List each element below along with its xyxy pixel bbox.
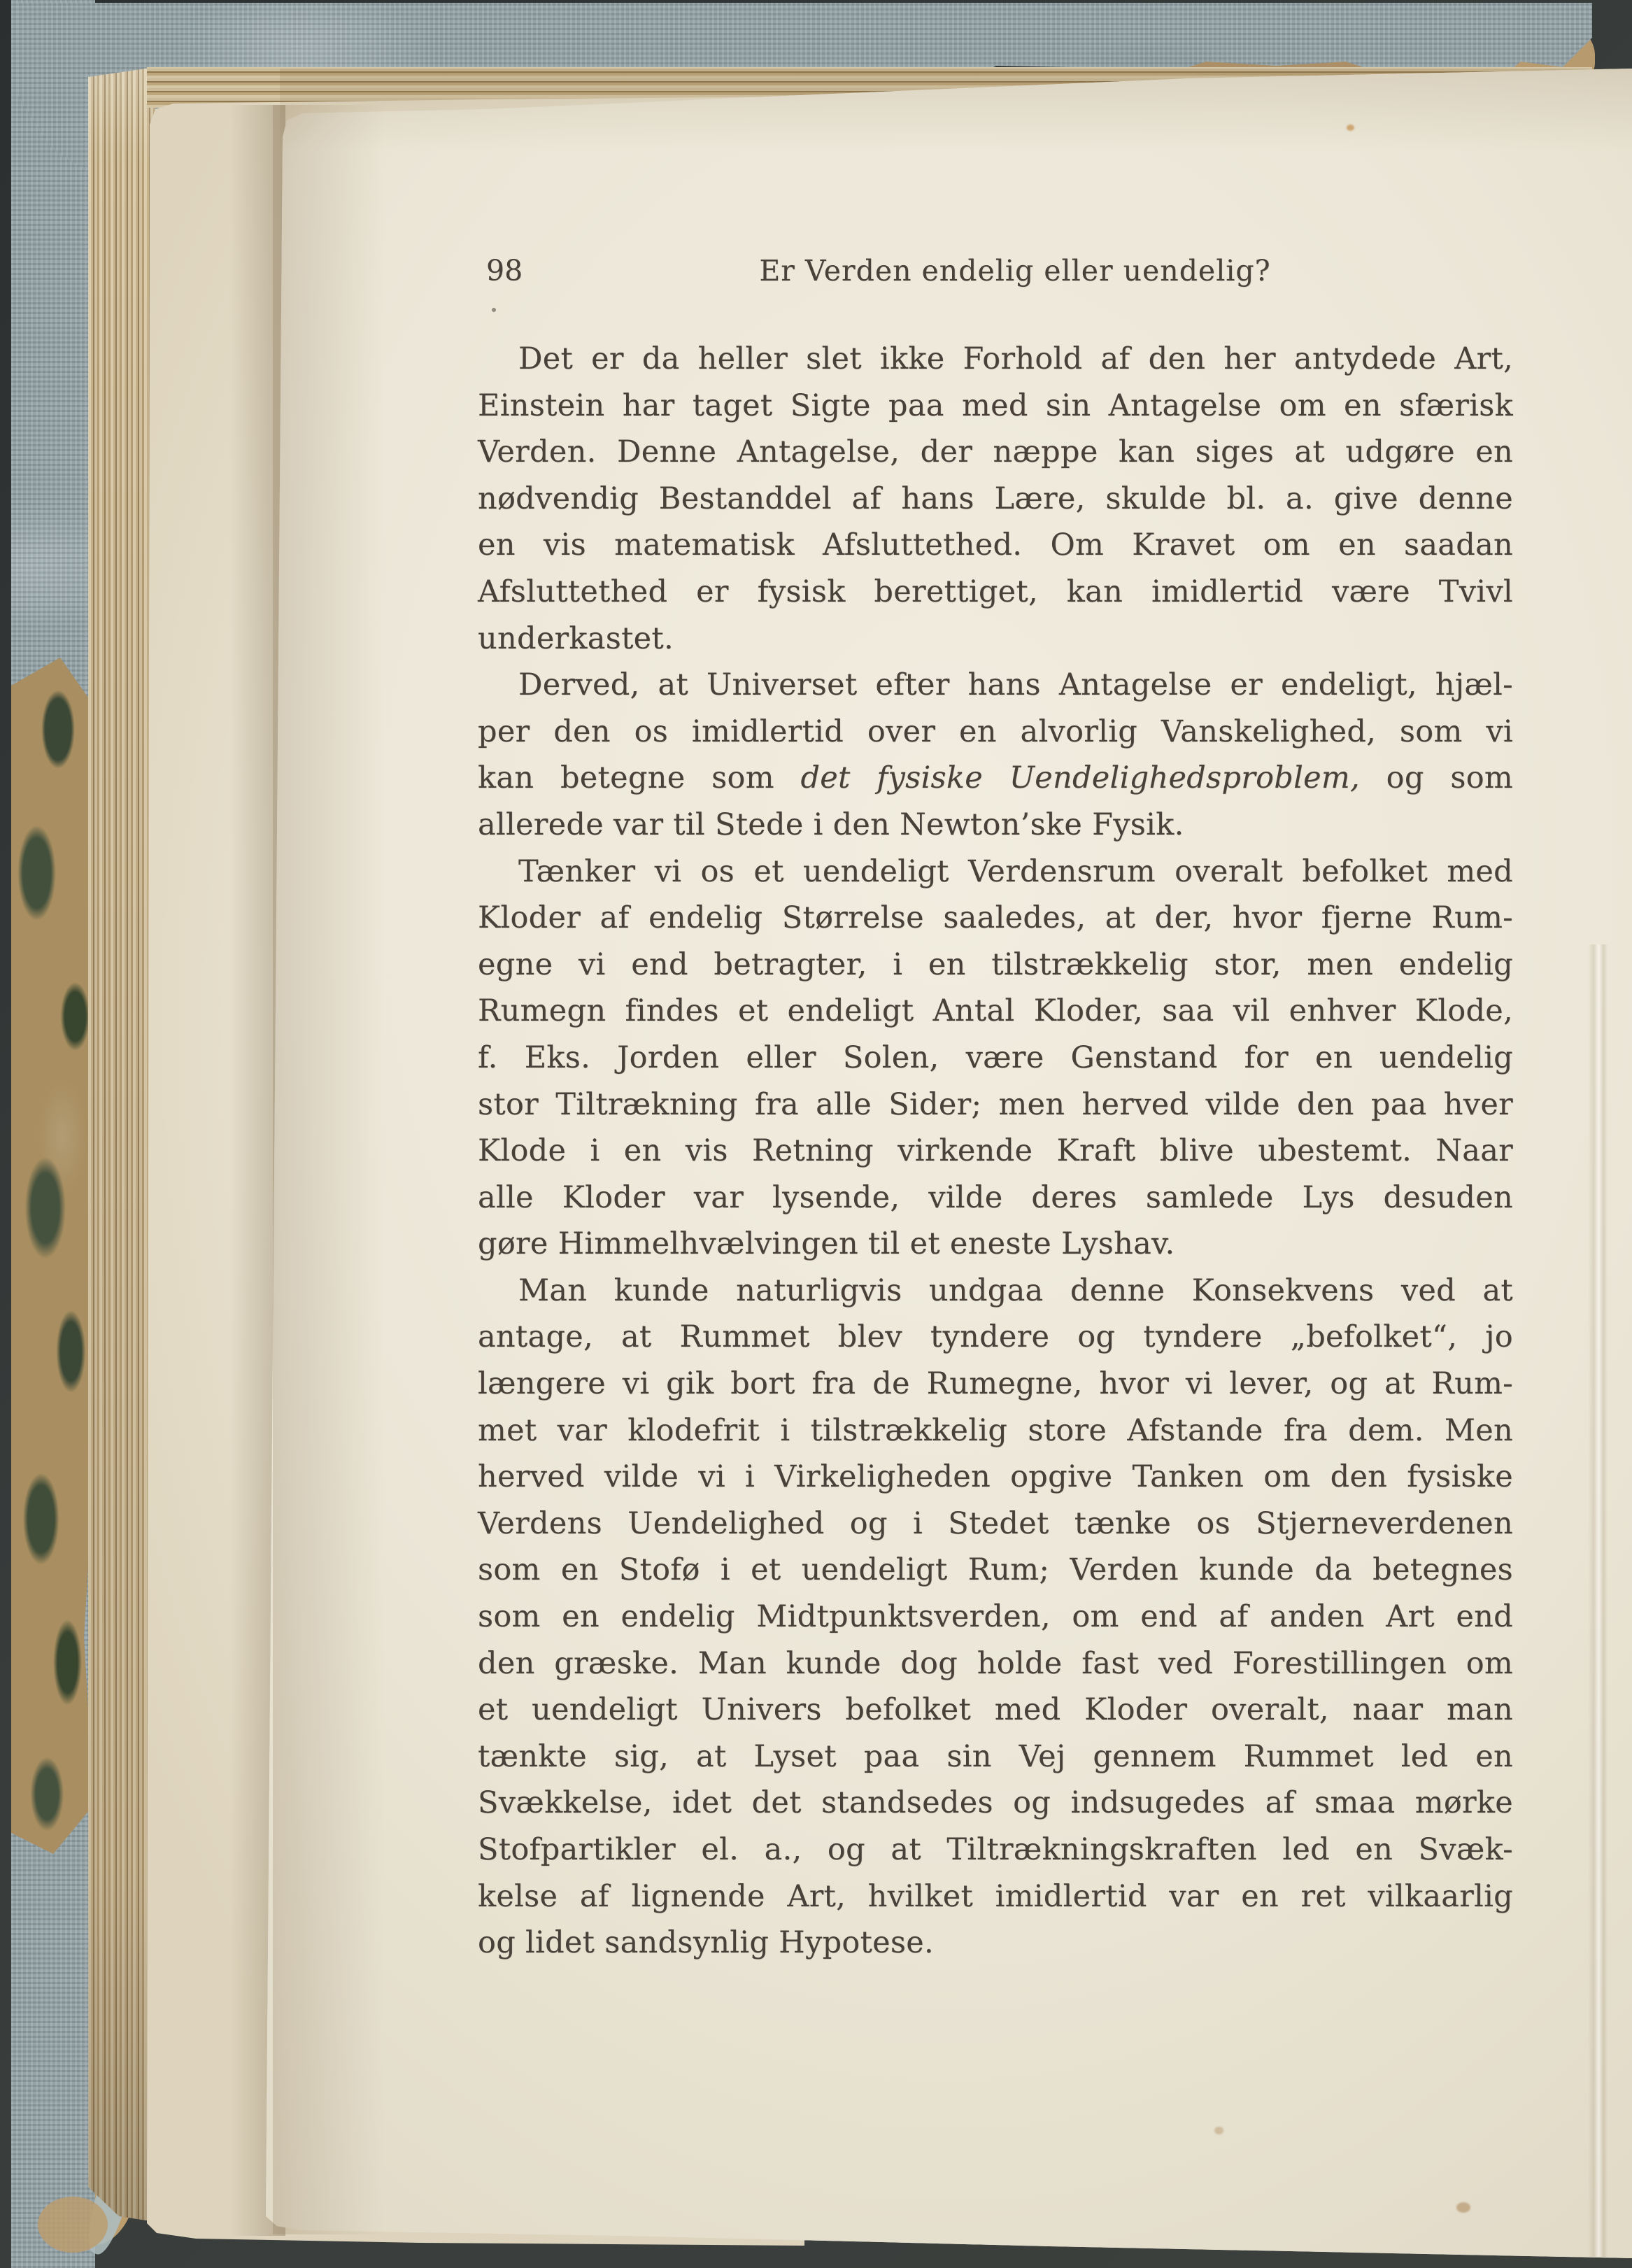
page-number: 98	[486, 246, 523, 295]
page-gutter-shadow	[273, 105, 385, 2234]
italic-text-segment: det fysiske Uendelighedsproblem,	[800, 760, 1360, 795]
page-top-shadow	[280, 69, 1632, 153]
page-edge-ridge	[1588, 944, 1608, 2257]
text-line: kelse af lignende Art, hvilket imidlerti…	[478, 1873, 1513, 1920]
text-line: som en endelig Midtpunktsverden, om end …	[478, 1594, 1513, 1640]
text-line: stor Tiltrækning fra alle Sider; men her…	[478, 1082, 1513, 1128]
paper-stain	[1214, 2127, 1223, 2134]
text-line: Rumegn findes et endeligt Antal Kloder, …	[478, 988, 1513, 1035]
text-line: en vis matematisk Afsluttethed. Om Krave…	[478, 522, 1513, 569]
text-line: gøre Himmelhvælvingen til et eneste Lysh…	[478, 1221, 1513, 1268]
text-line: Svækkelse, idet det standsedes og indsug…	[478, 1780, 1513, 1827]
text-line: kan betegne som det fysiske Uendeligheds…	[478, 755, 1513, 802]
paper-stain	[1456, 2202, 1470, 2213]
printed-text-block: 98 Er Verden endelig eller uendelig? Det…	[478, 246, 1513, 1966]
text-line: underkastet.	[478, 616, 1513, 662]
text-line: per den os imidlertid over en alvorlig V…	[478, 709, 1513, 756]
text-line: herved vilde vi i Virkeligheden opgive T…	[478, 1454, 1513, 1501]
paper-stain	[1347, 125, 1354, 131]
text-line: Kloder af endelig Størrelse saaledes, at…	[478, 895, 1513, 942]
text-line: som en Stofø i et uendeligt Rum; Verden …	[478, 1547, 1513, 1594]
text-line: tænkte sig, at Lyset paa sin Vej gennem …	[478, 1734, 1513, 1780]
marbled-spine-paper	[11, 658, 97, 1854]
text-line: Einstein har taget Sigte paa med sin Ant…	[478, 383, 1513, 430]
text-line: Derved, at Universet efter hans Antagels…	[478, 662, 1513, 709]
text-line: længere vi gik bort fra de Rumegne, hvor…	[478, 1361, 1513, 1408]
text-line: egne vi end betragter, i en tilstrækkeli…	[478, 942, 1513, 988]
frayed-cloth-thread	[38, 2197, 108, 2253]
text-line: den græske. Man kunde dog holde fast ved…	[478, 1640, 1513, 1687]
body-text: Det er da heller slet ikke Forhold af de…	[478, 336, 1513, 1966]
running-header-row: 98 Er Verden endelig eller uendelig?	[478, 246, 1513, 295]
text-line: Verdens Uendelighed og i Stedet tænke os…	[478, 1501, 1513, 1547]
text-line: alle Kloder var lysende, vilde deres sam…	[478, 1175, 1513, 1221]
text-line: Klode i en vis Retning virkende Kraft bl…	[478, 1128, 1513, 1175]
text-line: met var klodefrit i tilstrækkelig store …	[478, 1408, 1513, 1454]
text-line: nødvendig Bestanddel af hans Lære, skuld…	[478, 476, 1513, 523]
text-line: et uendeligt Univers befolket med Kloder…	[478, 1687, 1513, 1734]
text-line: f. Eks. Jorden eller Solen, være Genstan…	[478, 1035, 1513, 1082]
text-line: Man kunde naturligvis undgaa denne Konse…	[478, 1268, 1513, 1314]
text-line: Verden. Denne Antagelse, der næppe kan s…	[478, 429, 1513, 476]
text-segment: kan betegne som	[478, 760, 800, 795]
text-line: Stofpartikler el. a., og at Tiltræknings…	[478, 1827, 1513, 1873]
page-edge-stack-left	[88, 67, 155, 2268]
text-line: Det er da heller slet ikke Forhold af de…	[478, 336, 1513, 383]
text-segment: og som	[1360, 760, 1513, 795]
text-line: Tænker vi os et uendeligt Verdensrum ove…	[478, 849, 1513, 895]
scanned-book-photo: 98 Er Verden endelig eller uendelig? Det…	[0, 0, 1632, 2268]
running-header-title: Er Verden endelig eller uendelig?	[478, 246, 1513, 295]
text-line: og lidet sandsynlig Hypotese.	[478, 1920, 1513, 1966]
text-line: Afsluttethed er fysisk berettiget, kan i…	[478, 569, 1513, 616]
text-line: allerede var til Stede i den Newton’ske …	[478, 802, 1513, 849]
text-line: antage, at Rummet blev tyndere og tynder…	[478, 1314, 1513, 1361]
